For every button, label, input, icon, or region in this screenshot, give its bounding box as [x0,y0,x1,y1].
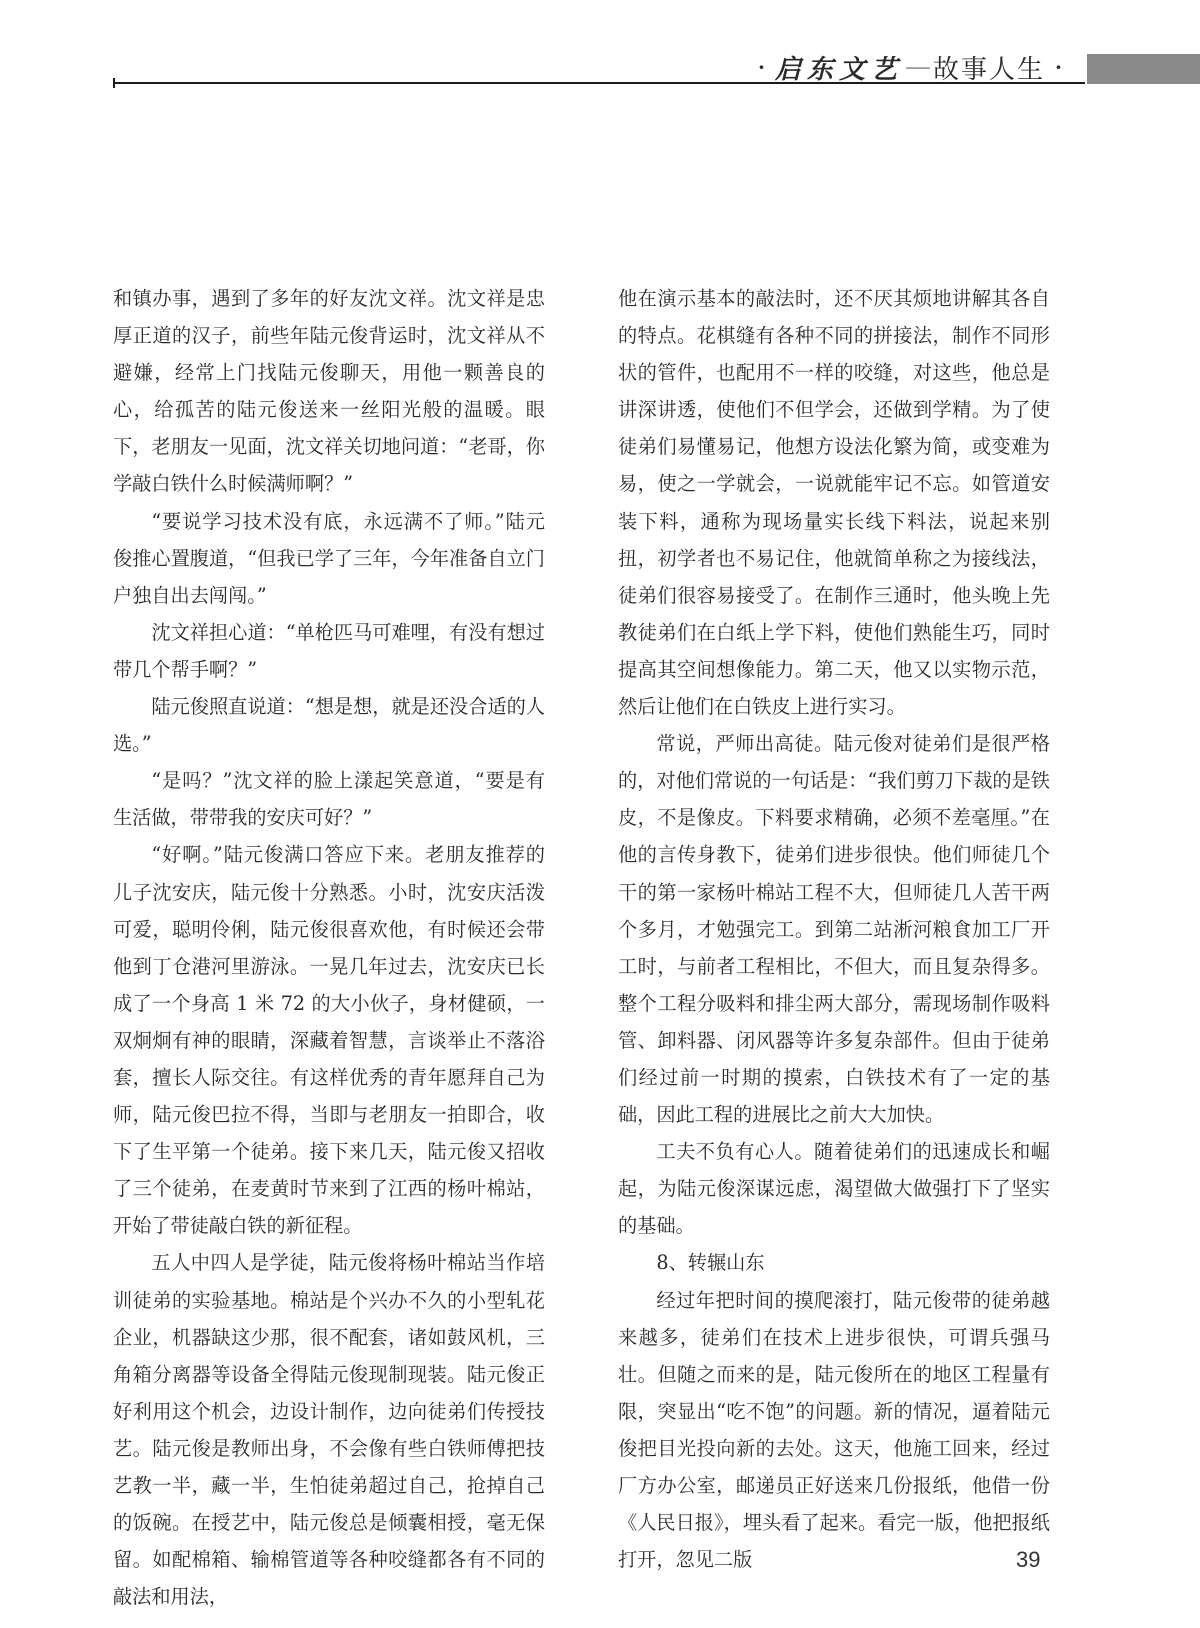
page-number: 39 [1016,1547,1040,1573]
paragraph: “要说学习技术没有底，永远满不了师。”陆元俊推心置腹道，“但我已学了三年，今年准… [113,503,545,614]
running-header: · 启东文艺 — 故事人生 · [748,52,1072,82]
header-gray-block [1087,54,1200,84]
paragraph: “好啊。”陆元俊满口答应下来。老朋友推荐的儿子沈安庆，陆元俊十分熟悉。小时，沈安… [113,836,545,1244]
section-name: 故事人生 [933,49,1045,86]
paragraph: 陆元俊照直说道：“想是想，就是还没合适的人选。” [113,688,545,762]
left-column: 和镇办事，遇到了多年的好友沈文祥。沈文祥是忠厚正道的汉子，前些年陆元俊背运时，沈… [113,280,545,1615]
header-separator: — [905,52,931,82]
header-dot-right: · [1055,55,1062,79]
section-heading: 8、转辗山东 [618,1244,1050,1281]
paragraph: 经过年把时间的摸爬滚打，陆元俊带的徒弟越来越多，徒弟们在技术上进步很快，可谓兵强… [618,1282,1050,1579]
paragraph: 和镇办事，遇到了多年的好友沈文祥。沈文祥是忠厚正道的汉子，前些年陆元俊背运时，沈… [113,280,545,503]
header-dot-left: · [758,55,765,79]
magazine-name: 启东文艺 [775,49,903,86]
paragraph: 工夫不负有心人。随着徒弟们的迅速成长和崛起，为陆元俊深谋远虑，渴望做大做强打下了… [618,1133,1050,1244]
paragraph: 他在演示基本的敲法时，还不厌其烦地讲解其各自的特点。花棋缝有各种不同的拼接法，制… [618,280,1050,725]
paragraph: 常说，严师出高徒。陆元俊对徒弟们是很严格的，对他们常说的一句话是：“我们剪刀下裁… [618,725,1050,1133]
right-column: 他在演示基本的敲法时，还不厌其烦地讲解其各自的特点。花棋缝有各种不同的拼接法，制… [618,280,1050,1578]
paragraph: 沈文祥担心道：“单枪匹马可难哩，有没有想过带几个帮手啊？” [113,614,545,688]
paragraph: 五人中四人是学徒，陆元俊将杨叶棉站当作培训徒弟的实验基地。棉站是个兴办不久的小型… [113,1244,545,1615]
paragraph: “是吗？”沈文祥的脸上漾起笑意道，“要是有生活做，带带我的安庆可好？” [113,762,545,836]
